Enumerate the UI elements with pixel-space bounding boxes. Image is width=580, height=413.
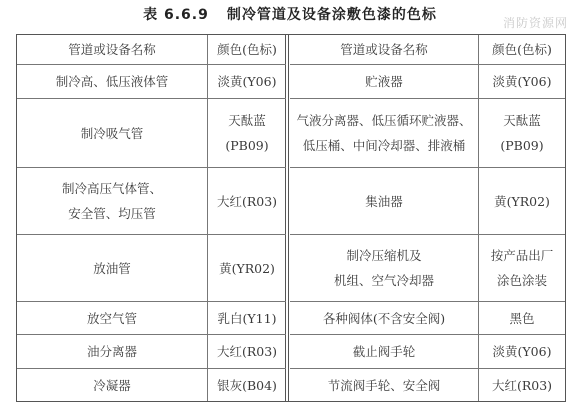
table-row: 截止阀手轮 淡黄(Y06) — [290, 335, 565, 369]
item-name: 气液分离器、低压循环贮液器、 低压桶、中间冷却器、排液桶 — [290, 99, 479, 167]
item-name: 制冷高、低压液体管 — [17, 65, 208, 98]
table-number: 表 6.6.9 — [143, 7, 209, 23]
watermark: 消防资源网 — [503, 14, 568, 31]
table-row: 制冷压缩机及 机组、空气冷却器 按产品出厂 涂色涂装 — [290, 235, 565, 302]
header-color: 颜色(色标) — [208, 35, 286, 64]
item-name: 制冷吸气管 — [17, 99, 208, 167]
table-row: 各种阀体(不含安全阀) 黑色 — [290, 302, 565, 335]
table-row: 制冷吸气管 天酞蓝 (PB09) — [17, 99, 286, 168]
item-name: 冷凝器 — [17, 369, 208, 401]
item-name: 贮液器 — [290, 65, 479, 98]
item-color: 淡黄(Y06) — [479, 335, 565, 368]
item-color: 按产品出厂 涂色涂装 — [479, 235, 565, 301]
table-row: 油分离器 大红(R03) — [17, 335, 286, 369]
item-color: 大红(R03) — [208, 168, 286, 234]
table-row: 贮液器 淡黄(Y06) — [290, 65, 565, 99]
item-name: 油分离器 — [17, 335, 208, 368]
item-name: 各种阀体(不含安全阀) — [290, 302, 479, 334]
item-color: 黄(YR02) — [479, 168, 565, 234]
item-color: 乳白(Y11) — [208, 302, 286, 334]
table-row: 制冷高、低压液体管 淡黄(Y06) — [17, 65, 286, 99]
item-name: 截止阀手轮 — [290, 335, 479, 368]
table-row: 制冷高压气体管、 安全管、均压管 大红(R03) — [17, 168, 286, 235]
table-row: 节流阀手轮、安全阀 大红(R03) — [290, 369, 565, 401]
header-color: 颜色(色标) — [479, 35, 565, 64]
item-name: 制冷压缩机及 机组、空气冷却器 — [290, 235, 479, 301]
item-color: 大红(R03) — [208, 335, 286, 368]
item-color: 淡黄(Y06) — [479, 65, 565, 98]
color-code-table: 管道或设备名称 颜色(色标) 制冷高、低压液体管 淡黄(Y06) 制冷吸气管 天… — [16, 34, 566, 402]
header-row: 管道或设备名称 颜色(色标) — [290, 35, 565, 65]
item-name: 节流阀手轮、安全阀 — [290, 369, 479, 401]
table-right-half: 管道或设备名称 颜色(色标) 贮液器 淡黄(Y06) 气液分离器、低压循环贮液器… — [290, 35, 565, 401]
header-name: 管道或设备名称 — [290, 35, 479, 64]
item-name: 放油管 — [17, 235, 208, 301]
item-color: 银灰(B04) — [208, 369, 286, 401]
item-name: 放空气管 — [17, 302, 208, 334]
item-color: 黄(YR02) — [208, 235, 286, 301]
header-row: 管道或设备名称 颜色(色标) — [17, 35, 286, 65]
table-left-half: 管道或设备名称 颜色(色标) 制冷高、低压液体管 淡黄(Y06) 制冷吸气管 天… — [17, 35, 286, 401]
item-color: 天酞蓝 (PB09) — [479, 99, 565, 167]
header-name: 管道或设备名称 — [17, 35, 208, 64]
table-title: 表 6.6.9制冷管道及设备涂敷色漆的色标 — [0, 4, 580, 24]
item-name: 制冷高压气体管、 安全管、均压管 — [17, 168, 208, 234]
item-color: 天酞蓝 (PB09) — [208, 99, 286, 167]
table-row: 气液分离器、低压循环贮液器、 低压桶、中间冷却器、排液桶 天酞蓝 (PB09) — [290, 99, 565, 168]
table-row: 放空气管 乳白(Y11) — [17, 302, 286, 335]
table-caption: 制冷管道及设备涂敷色漆的色标 — [227, 7, 437, 23]
item-color: 大红(R03) — [479, 369, 565, 401]
item-color: 黑色 — [479, 302, 565, 334]
table-row: 放油管 黄(YR02) — [17, 235, 286, 302]
table-row: 冷凝器 银灰(B04) — [17, 369, 286, 401]
table-row: 集油器 黄(YR02) — [290, 168, 565, 235]
item-name: 集油器 — [290, 168, 479, 234]
item-color: 淡黄(Y06) — [208, 65, 286, 98]
